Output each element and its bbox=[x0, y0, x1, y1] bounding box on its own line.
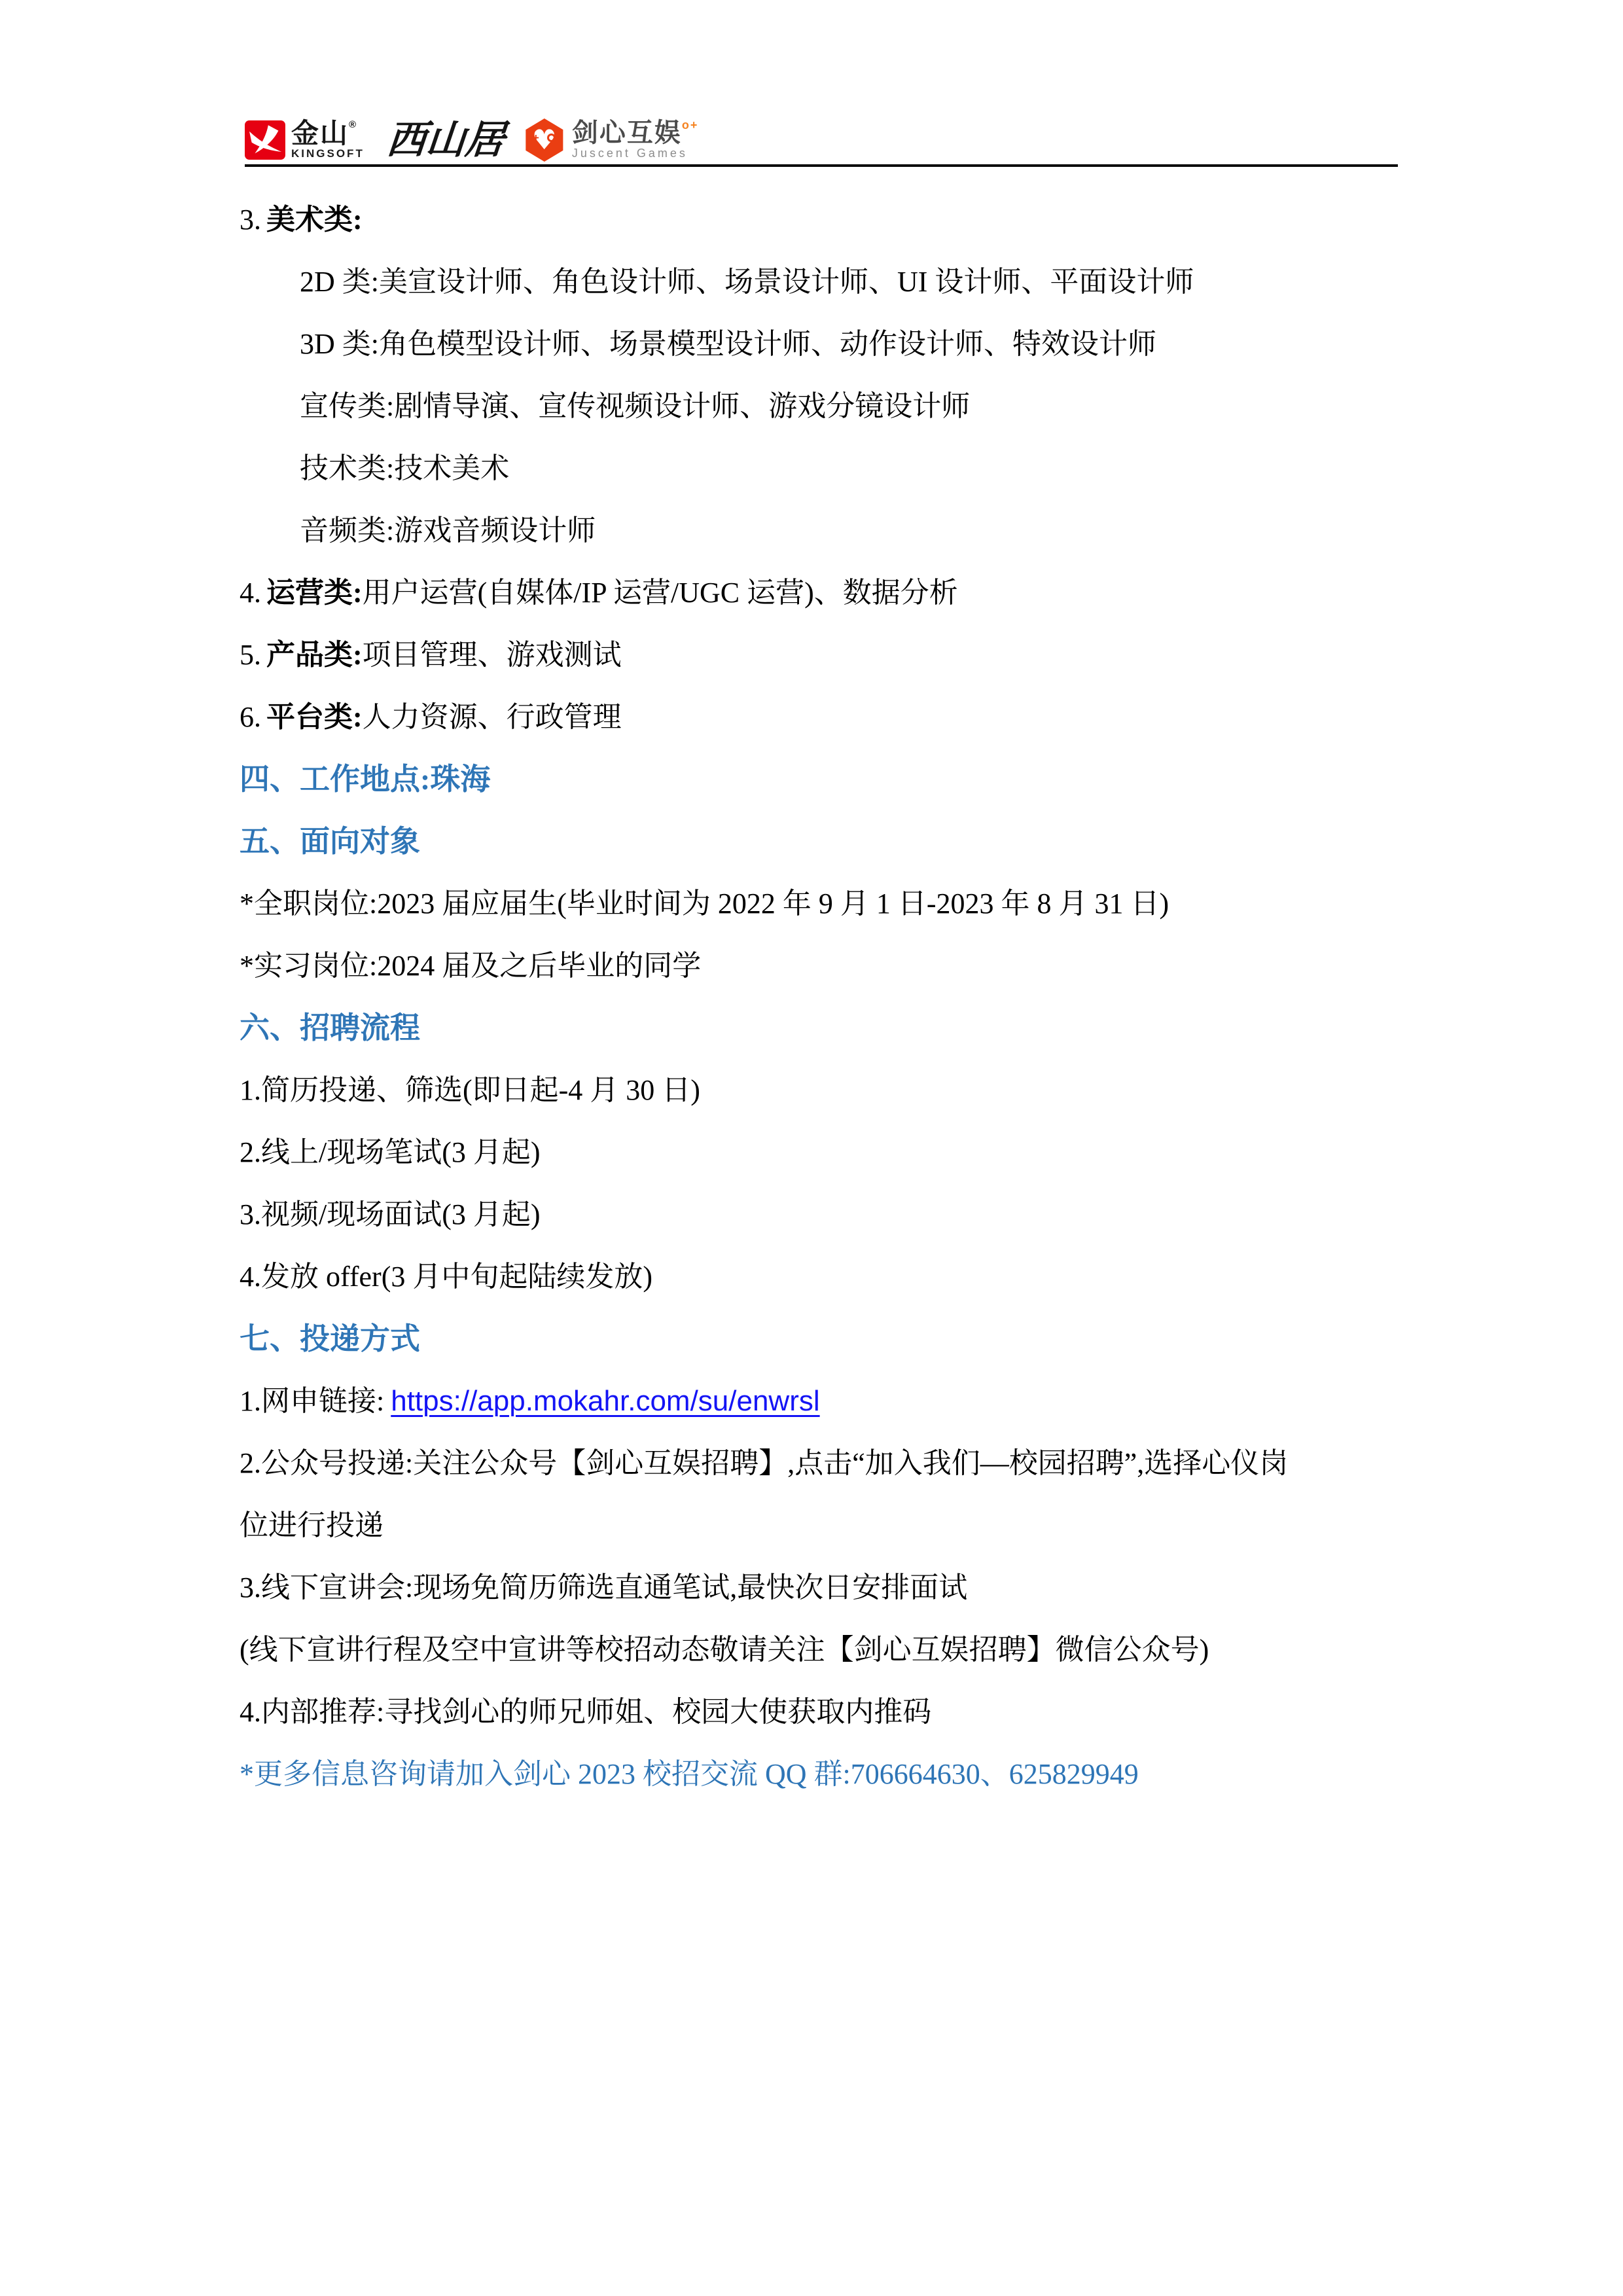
header-divider bbox=[245, 164, 1398, 167]
header-logo-bar: 金山® KINGSOFT 西山居 ♥ + 剑心互娱o+ Juscent Game… bbox=[245, 117, 698, 164]
art-item-text: 角色模型设计师、场景模型设计师、动作设计师、特效设计师 bbox=[379, 328, 1156, 360]
category-platform: 6.平台类:人力资源、行政管理 bbox=[240, 686, 1411, 748]
art-item-label: 2D 类: bbox=[300, 266, 379, 298]
process-step-1: 1.简历投递、筛选(即日起-4 月 30 日) bbox=[240, 1059, 1411, 1121]
juscent-en-text: Juscent Games bbox=[572, 147, 699, 160]
category-label: 平台类: bbox=[266, 701, 363, 733]
fulltime-eligibility-line: *全职岗位:2023 届应届生(毕业时间为 2022 年 9 月 1 日-202… bbox=[240, 872, 1411, 935]
kingsoft-logo-icon bbox=[245, 120, 285, 160]
document-page: 金山® KINGSOFT 西山居 ♥ + 剑心互娱o+ Juscent Game… bbox=[0, 0, 1623, 2296]
art-item-label: 3D 类: bbox=[300, 328, 379, 360]
art-item-text: 技术美术 bbox=[394, 452, 509, 484]
art-item-text: 游戏音频设计师 bbox=[394, 514, 596, 547]
section4-heading-location: 四、工作地点:珠海 bbox=[240, 748, 1411, 810]
category-label: 产品类: bbox=[266, 639, 363, 671]
art-item-audio: 音频类:游戏音频设计师 bbox=[240, 499, 1411, 562]
category-operations: 4.运营类:用户运营(自媒体/IP 运营/UGC 运营)、数据分析 bbox=[240, 562, 1411, 624]
document-content: 3.美术类: 2D 类:美宣设计师、角色设计师、场景设计师、UI 设计师、平面设… bbox=[240, 188, 1411, 1805]
process-step-2: 2.线上/现场笔试(3 月起) bbox=[240, 1121, 1411, 1183]
category-text: 项目管理、游戏测试 bbox=[363, 639, 622, 671]
section5-heading-audience: 五、面向对象 bbox=[240, 810, 1411, 872]
section6-heading-process: 六、招聘流程 bbox=[240, 997, 1411, 1059]
category-text: 人力资源、行政管理 bbox=[363, 701, 622, 733]
section7-heading-apply: 七、投递方式 bbox=[240, 1308, 1411, 1370]
category-product: 5.产品类:项目管理、游戏测试 bbox=[240, 624, 1411, 686]
category-number: 6. bbox=[240, 701, 261, 733]
apply-step-3: 3.线下宣讲会:现场免简历筛选直通笔试,最快次日安排面试 bbox=[240, 1556, 1411, 1619]
process-step-3: 3.视频/现场面试(3 月起) bbox=[240, 1183, 1411, 1246]
art-item-text: 剧情导演、宣传视频设计师、游戏分镜设计师 bbox=[394, 390, 970, 422]
apply-step-3-note: (线下宣讲行程及空中宣讲等校招动态敬请关注【剑心互娱招聘】微信公众号) bbox=[240, 1619, 1411, 1681]
dpad-plus-icon: + bbox=[533, 132, 539, 143]
art-category-label: 美术类: bbox=[266, 204, 363, 236]
apply-step-2-line-1: 2.公众号投递:关注公众号【剑心互娱招聘】,点击“加入我们—校园招聘”,选择心仪… bbox=[240, 1432, 1411, 1494]
juscent-cn-text: 剑心互娱o+ bbox=[572, 120, 699, 145]
juscent-cn: 剑心互娱 bbox=[572, 118, 682, 147]
game-button-icon bbox=[547, 134, 556, 142]
category-number: 5. bbox=[240, 639, 261, 671]
qq-group-info-line: *更多信息咨询请加入剑心 2023 校招交流 QQ 群:706664630、62… bbox=[240, 1743, 1411, 1805]
juscent-logo-icon: ♥ + bbox=[524, 118, 565, 162]
apply-step-4: 4.内部推荐:寻找剑心的师兄师姐、校园大使获取内推码 bbox=[240, 1681, 1411, 1743]
category-number: 4. bbox=[240, 577, 261, 609]
juscent-orange-mark-icon: o+ bbox=[682, 118, 699, 132]
art-item-label: 音频类: bbox=[300, 514, 394, 547]
art-category-number: 3. bbox=[240, 204, 261, 236]
process-step-4: 4.发放 offer(3 月中旬起陆续发放) bbox=[240, 1246, 1411, 1308]
intern-eligibility-line: *实习岗位:2024 届及之后毕业的同学 bbox=[240, 935, 1411, 997]
kingsoft-cn-text: 金山® bbox=[291, 120, 365, 147]
art-category-title: 3.美术类: bbox=[240, 188, 1411, 251]
art-item-label: 宣传类: bbox=[300, 390, 394, 422]
category-text: 用户运营(自媒体/IP 运营/UGC 运营)、数据分析 bbox=[363, 577, 958, 609]
seasun-calligraphy-logo: 西山居 bbox=[385, 119, 507, 161]
apply-step-2-line-2: 位进行投递 bbox=[240, 1494, 1411, 1556]
art-item-text: 美宣设计师、角色设计师、场景设计师、UI 设计师、平面设计师 bbox=[379, 266, 1194, 298]
juscent-wordmark: 剑心互娱o+ Juscent Games bbox=[572, 120, 699, 160]
art-item-2d: 2D 类:美宣设计师、角色设计师、场景设计师、UI 设计师、平面设计师 bbox=[240, 251, 1411, 313]
kingsoft-en-text: KINGSOFT bbox=[291, 147, 365, 160]
art-item-label: 技术类: bbox=[300, 452, 394, 484]
apply-link-line: 1.网申链接:https://app.mokahr.com/su/enwrsl bbox=[240, 1370, 1411, 1432]
registered-mark-icon: ® bbox=[349, 119, 357, 130]
kingsoft-swoosh-icon bbox=[245, 120, 285, 160]
kingsoft-cn: 金山 bbox=[291, 118, 349, 149]
art-item-3d: 3D 类:角色模型设计师、场景模型设计师、动作设计师、特效设计师 bbox=[240, 313, 1411, 375]
art-item-promo: 宣传类:剧情导演、宣传视频设计师、游戏分镜设计师 bbox=[240, 375, 1411, 437]
application-hyperlink[interactable]: https://app.mokahr.com/su/enwrsl bbox=[391, 1385, 819, 1417]
art-item-tech: 技术类:技术美术 bbox=[240, 437, 1411, 499]
apply-link-prefix: 1.网申链接: bbox=[240, 1385, 384, 1417]
kingsoft-wordmark: 金山® KINGSOFT bbox=[291, 120, 365, 160]
category-label: 运营类: bbox=[266, 577, 363, 609]
